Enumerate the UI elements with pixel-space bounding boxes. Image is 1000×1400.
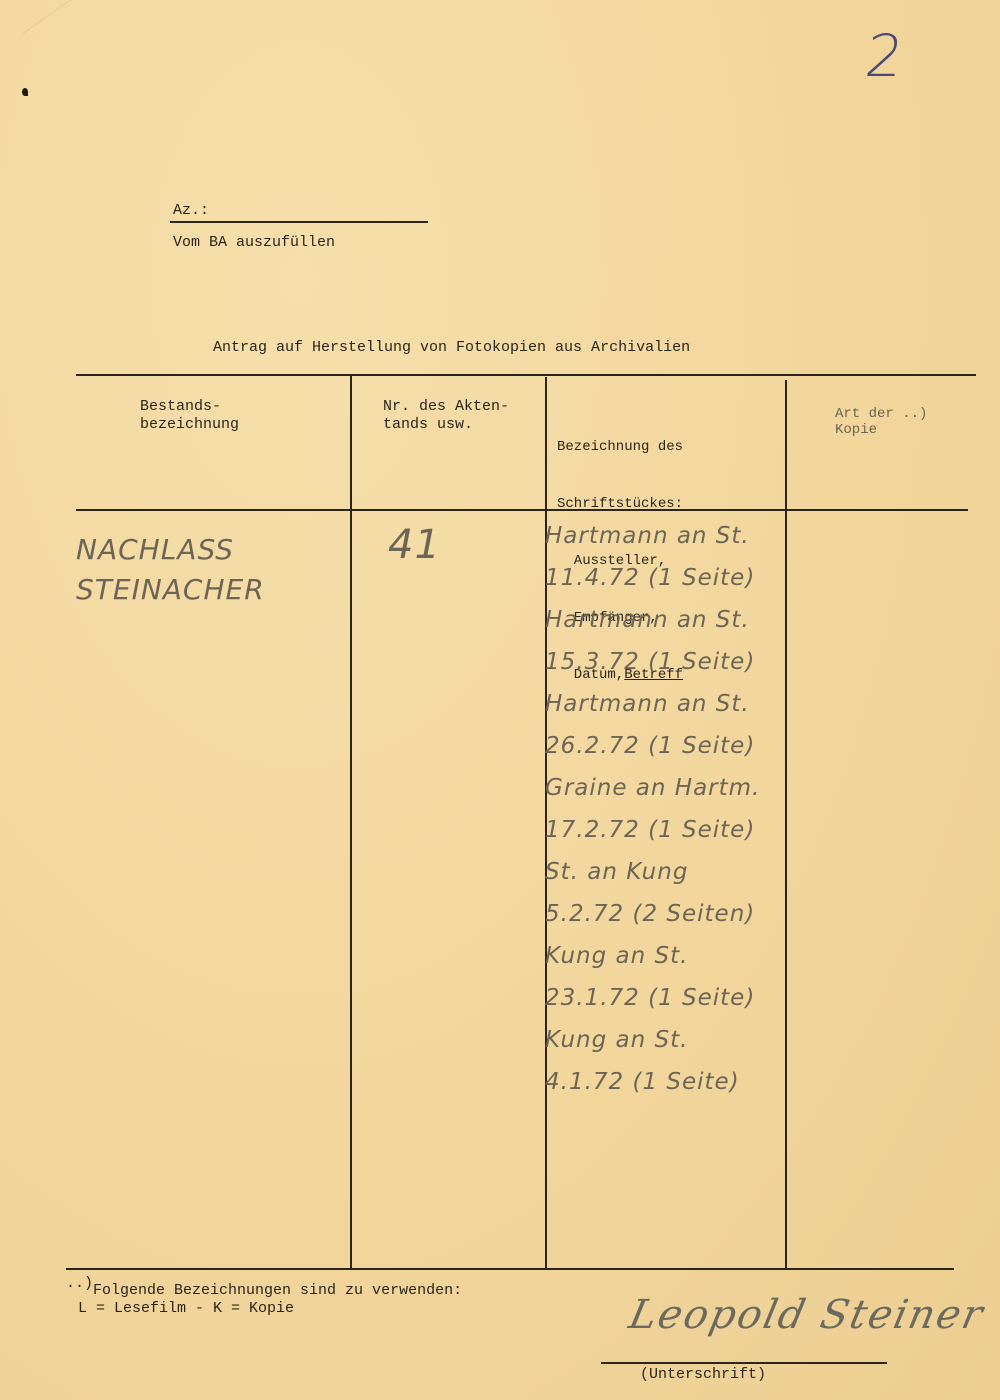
cell-schriftstuecke: Hartmann an St. 11.4.72 (1 Seite) Hartma…: [545, 515, 785, 1103]
header-bestandsbezeichnung: Bestands- bezeichnung: [140, 398, 239, 434]
handwritten-line: 11.4.72 (1 Seite): [545, 557, 785, 599]
paper-fold-mark: [0, 0, 73, 34]
signature: Leopold Steiner: [625, 1292, 988, 1338]
handwritten-line: 17.2.72 (1 Seite): [545, 809, 785, 851]
table-bottom-border: [66, 1268, 954, 1270]
handwritten-line: 15.3.72 (1 Seite): [545, 641, 785, 683]
header-aktenband: Nr. des Akten- tands usw.: [383, 398, 509, 434]
ba-note: Vom BA auszufüllen: [173, 234, 335, 252]
cell-aktenband: 41: [388, 522, 441, 568]
handwritten-line: Graine an Hartm.: [545, 767, 785, 809]
handwritten-line: Hartmann an St.: [545, 515, 785, 557]
header-line: bezeichnung: [140, 416, 239, 434]
handwritten-line: Hartmann an St.: [545, 683, 785, 725]
signature-line: [601, 1362, 887, 1364]
footnote: ..)Folgende Bezeichnungen sind zu verwen…: [66, 1282, 462, 1318]
header-line: Kopie: [835, 422, 927, 438]
handwritten-line: Kung an St.: [545, 1019, 785, 1061]
handwritten-line: Hartmann an St.: [545, 599, 785, 641]
az-field-line: [170, 221, 428, 223]
header-line: Schriftstückes:: [557, 495, 683, 514]
form-title: Antrag auf Herstellung von Fotokopien au…: [213, 339, 690, 357]
handwritten-line: 4.1.72 (1 Seite): [545, 1061, 785, 1103]
header-line-text: Art der: [835, 406, 894, 422]
header-line: Bestands-: [140, 398, 239, 416]
header-line: Bezeichnung des: [557, 438, 683, 457]
footnote-text: Folgende Bezeichnungen sind zu verwenden…: [93, 1282, 462, 1299]
footnote-line-1: ..)Folgende Bezeichnungen sind zu verwen…: [66, 1282, 462, 1300]
handwritten-line: St. an Kung: [545, 851, 785, 893]
cell-art-der-kopie: [790, 515, 970, 1265]
header-line: tands usw.: [383, 416, 509, 434]
table-header-bottom-border: [76, 509, 968, 511]
paper-speck: [22, 88, 28, 96]
footnote-line-2: L = Lesefilm - K = Kopie: [66, 1300, 462, 1318]
handwritten-line: 26.2.72 (1 Seite): [545, 725, 785, 767]
handwritten-line: Kung an St.: [545, 935, 785, 977]
table-top-border: [76, 374, 976, 376]
header-art-der-kopie: Art der ..) Kopie: [835, 406, 927, 438]
header-line: Nr. des Akten-: [383, 398, 509, 416]
footnote-marker: ..): [902, 406, 927, 422]
cell-bestand: NACHLASS STEINACHER: [76, 530, 265, 610]
header-line: Art der ..): [835, 406, 927, 422]
footnote-marker: ..): [66, 1275, 93, 1292]
page-number: 2: [861, 22, 907, 90]
signature-label: (Unterschrift): [640, 1366, 766, 1384]
handwritten-line: 23.1.72 (1 Seite): [545, 977, 785, 1019]
az-label: Az.:: [173, 202, 209, 220]
column-divider-1: [350, 375, 352, 1268]
handwritten-line: STEINACHER: [76, 570, 265, 610]
handwritten-line: 5.2.72 (2 Seiten): [545, 893, 785, 935]
handwritten-line: NACHLASS: [76, 530, 265, 570]
column-divider-3: [785, 380, 787, 1268]
